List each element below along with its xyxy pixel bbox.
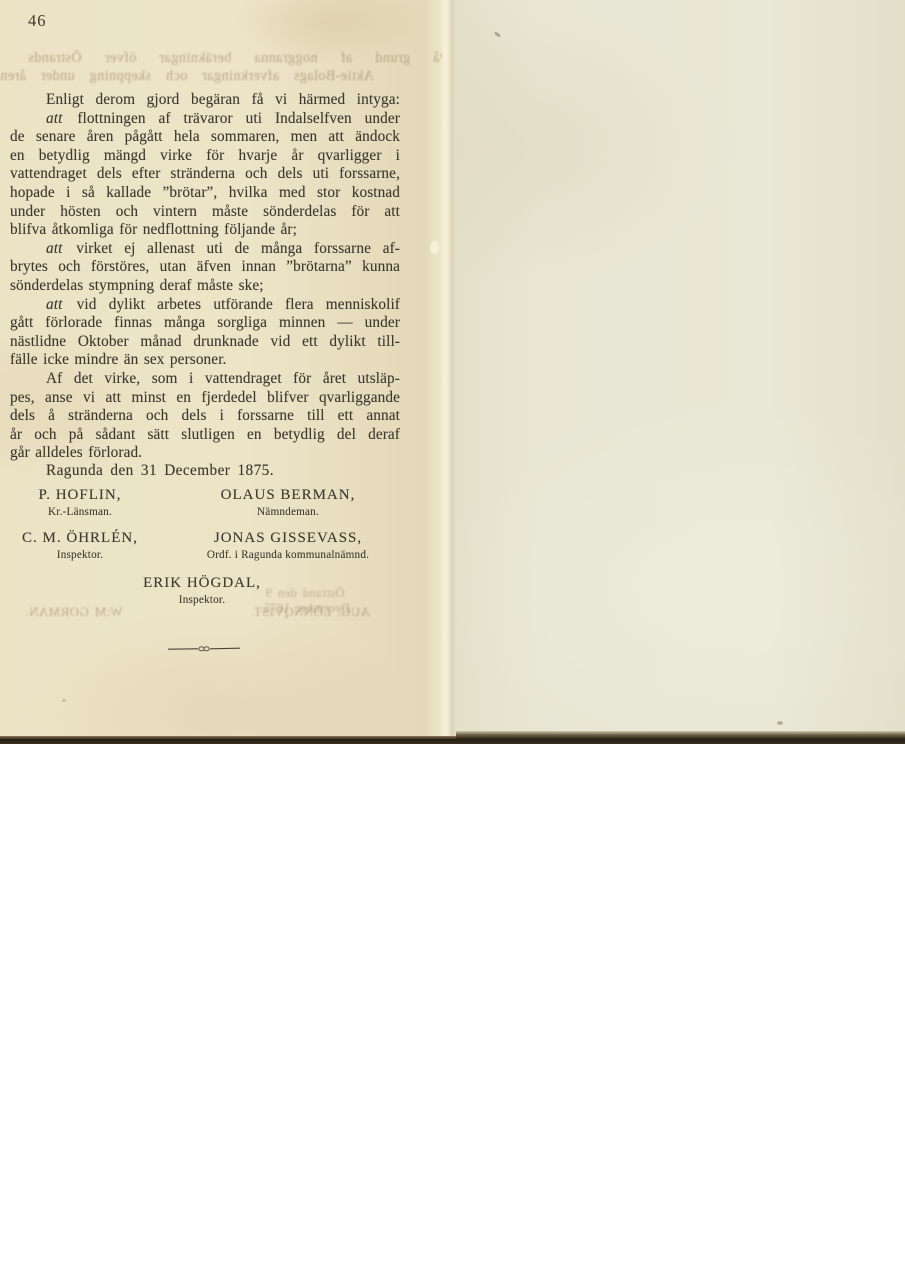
signature-block: OLAUS BERMAN, Nämndeman. [188,487,388,518]
book-gutter [442,0,456,740]
body-line: brytes och förstöres, utan äfven innan ”… [10,258,400,277]
body-line: att vid dylikt arbetes utförande flera m… [10,296,400,315]
body-line: Af det virke, som i vattendraget för åre… [10,370,400,389]
signature-name: P. HOFLIN, [0,487,160,504]
body-line: sönderdelas stympning deraf måste ske; [10,277,400,296]
signature-name: C. M. ÖHRLÉN, [0,530,160,547]
body-line: dels å stränderna och dels i forssarne t… [10,407,400,426]
signature-name: JONAS GISSEVASS, [188,530,388,547]
body-line: pes, anse vi att minst en fjerdedel blif… [10,389,400,408]
dateline: Ragunda den 31 December 1875. [46,462,274,480]
body-line: blifva åtkomliga för nedflottning följan… [10,221,400,240]
body-line: vattendraget dels efter stränderna och d… [10,165,400,184]
signature-block: ERIK HÖGDAL, Inspektor. [72,575,332,606]
signature-name: OLAUS BERMAN, [188,487,388,504]
right-page-blank [456,0,905,733]
signature-name: ERIK HÖGDAL, [72,575,332,592]
line-text: flottningen af trävaror uti Indalselfven… [64,110,400,127]
signature-row: C. M. ÖHRLÉN, Inspektor. JONAS GISSEVASS… [0,530,400,572]
left-page: 46 På grund af noggranna beräkningar öfv… [0,0,442,737]
signature-row: P. HOFLIN, Kr.-Länsman. OLAUS BERMAN, Nä… [0,487,400,529]
body-line: att flottningen af trävaror uti Indalsel… [10,110,400,129]
paper-stains [456,0,905,733]
signature-block: JONAS GISSEVASS, Ordf. i Ragunda kommuna… [188,530,388,561]
signature-block: P. HOFLIN, Kr.-Länsman. [0,487,160,518]
body-line: de senare åren pågått hela sommaren, men… [10,128,400,147]
bleedthrough-line: På grund af noggranna beräkningar öfver … [28,50,448,67]
body-line: under hösten och vintern måste sönderdel… [10,203,400,222]
body-text: Enligt derom gjord begäran få vi härmed … [10,91,400,463]
italic-att: att [46,240,64,257]
body-line: gått förlorade finnas många sorgliga min… [10,314,400,333]
divider-ornament [167,644,241,654]
line-text: virket ej allenast uti de många forssarn… [64,240,400,257]
body-line: fälle icke mindre än sex personer. [10,351,400,370]
line-text: vid dylikt arbetes utförande flera menni… [64,296,400,313]
body-line: att virket ej allenast uti de många fors… [10,240,400,259]
bleedthrough-line: Aktie-Bolags afverkningar och skeppning … [0,68,374,85]
signature-title: Kr.-Länsman. [0,506,160,518]
signature-title: Inspektor. [0,549,160,561]
italic-att: att [46,296,64,313]
book-bottom-edge [456,731,905,744]
body-line: en betydlig mängd virke för hvarje år qv… [10,147,400,166]
signature-title: Ordf. i Ragunda kommunalnämnd. [188,549,388,561]
section-divider [167,641,241,651]
body-line: hopade i så kallade ”brötar”, hvilka med… [10,184,400,203]
scanned-book-spread: 46 På grund af noggranna beräkningar öfv… [0,0,905,1280]
body-line: går alldeles förlorad. [10,444,400,463]
body-line: Enligt derom gjord begäran få vi härmed … [10,91,400,110]
signature-row: ERIK HÖGDAL, Inspektor. [0,575,400,617]
signature-title: Inspektor. [72,594,332,606]
italic-att: att [46,110,64,127]
signature-block: C. M. ÖHRLÉN, Inspektor. [0,530,160,561]
body-line: år och på sådant sätt slutligen en betyd… [10,426,400,445]
signature-title: Nämndeman. [188,506,388,518]
body-line: nästlidne Oktober månad drunknade vid et… [10,333,400,352]
page-number: 46 [28,11,47,31]
book-bottom-edge [0,736,456,744]
